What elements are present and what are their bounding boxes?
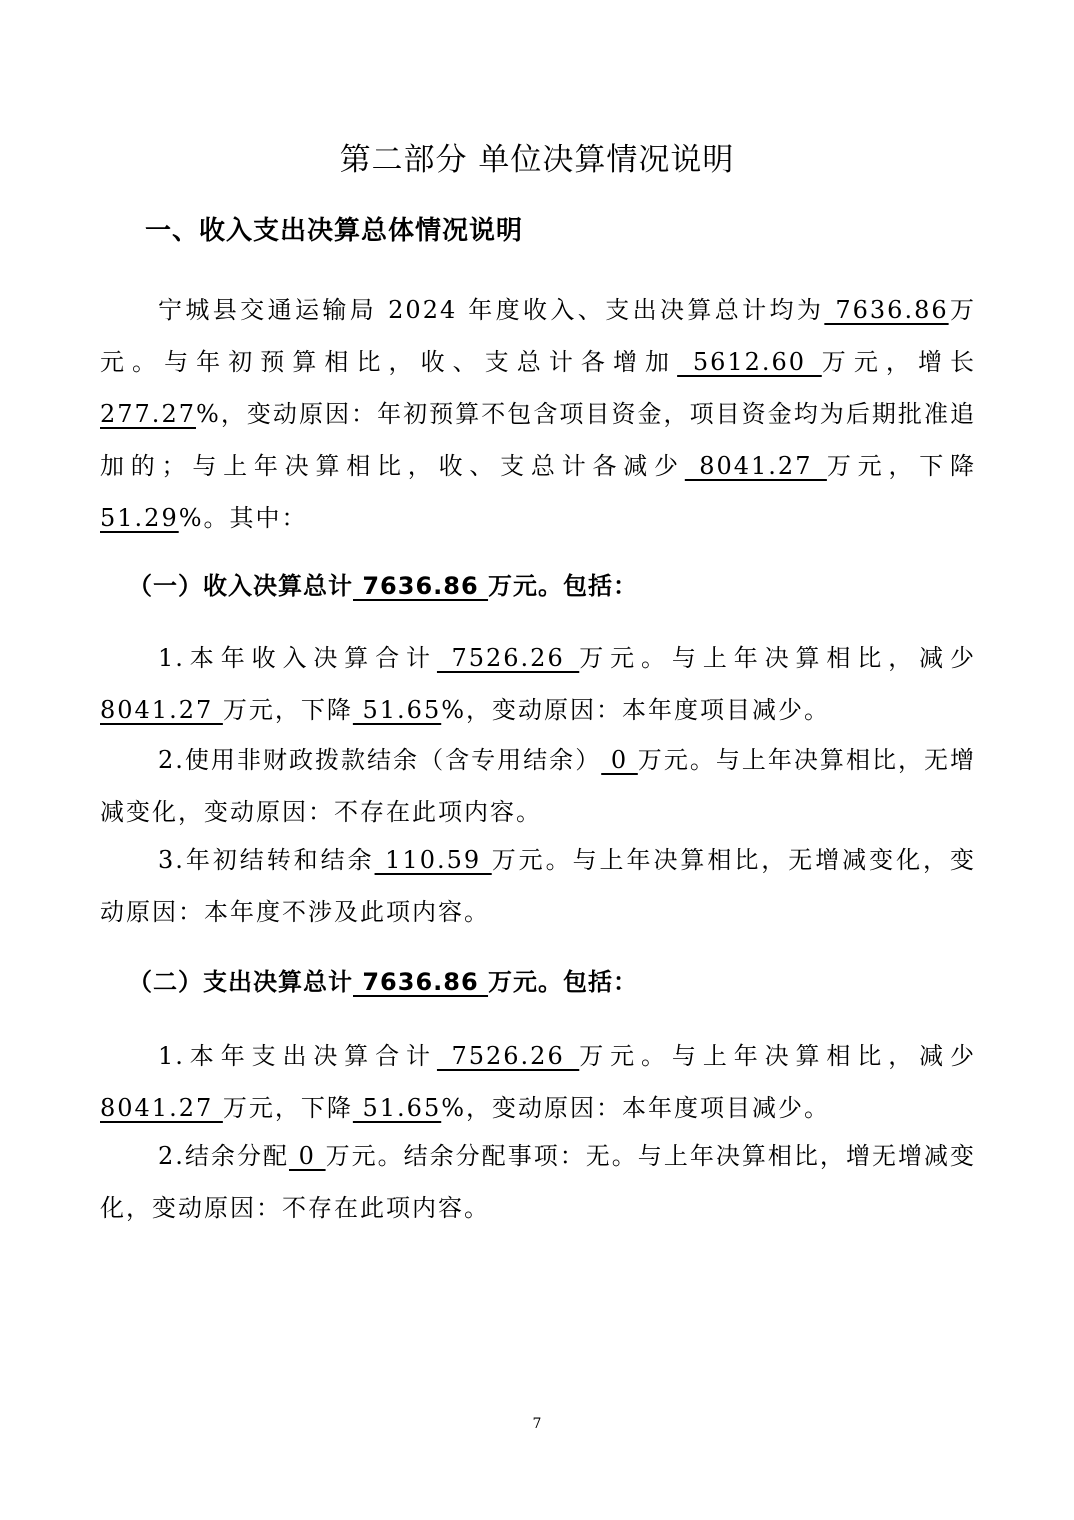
text: （二）支出决算总计 xyxy=(128,968,353,996)
text: 1.本年支出决算合计 xyxy=(158,1042,437,1070)
value: 8041.27 xyxy=(100,696,223,724)
income-item-3: 3.年初结转和结余 110.59 万元。与上年决算相比，无增减变化，变动原因：本… xyxy=(100,834,976,938)
expense-item-1: 1.本年支出决算合计 7526.26 万元。与上年决算相比，减少8041.27 … xyxy=(100,1030,976,1134)
value: 7526.26 xyxy=(437,1042,579,1070)
document-page: 第二部分 单位决算情况说明 一、收入支出决算总体情况说明 宁城县交通运输局 20… xyxy=(0,0,1074,1520)
expense-total: 7636.86 xyxy=(353,968,488,996)
text: %。其中： xyxy=(179,504,308,532)
text: 万元，下降 xyxy=(223,1094,353,1122)
increase-value: 5612.60 xyxy=(677,348,822,376)
value: 51.65 xyxy=(353,696,441,724)
page-title: 第二部分 单位决算情况说明 xyxy=(0,138,1074,182)
expense-heading: （二）支出决算总计 7636.86 万元。包括： xyxy=(128,960,638,1004)
value: 51.65 xyxy=(353,1094,441,1122)
page-number: 7 xyxy=(0,1416,1074,1432)
total-value: 7636.86 xyxy=(824,296,948,324)
text: 万元，下降 xyxy=(223,696,353,724)
value: 110.59 xyxy=(375,846,492,874)
expense-item-2: 2.结余分配 0 万元。结余分配事项：无。与上年决算相比，增无增减变化，变动原因… xyxy=(100,1130,976,1234)
text: %，变动原因：本年度项目减少。 xyxy=(441,1094,830,1122)
text: 万元，增长 xyxy=(822,348,976,376)
text: （一）收入决算总计 xyxy=(128,572,353,600)
text: 万元。与上年决算相比，减少 xyxy=(579,1042,976,1070)
income-total: 7636.86 xyxy=(353,572,488,600)
decrease-pct: 51.29 xyxy=(100,504,179,532)
text: 1.本年收入决算合计 xyxy=(158,644,437,672)
increase-pct: 277.27 xyxy=(100,400,196,428)
income-item-1: 1.本年收入决算合计 7526.26 万元。与上年决算相比，减少8041.27 … xyxy=(100,632,976,736)
text: 3.年初结转和结余 xyxy=(158,846,375,874)
income-heading: （一）收入决算总计 7636.86 万元。包括： xyxy=(128,564,638,608)
text: 万元。包括： xyxy=(488,968,638,996)
text: 万元。与上年决算相比，减少 xyxy=(579,644,976,672)
text: 2.使用非财政拨款结余（含专用结余） xyxy=(158,746,601,774)
text: %，变动原因：本年度项目减少。 xyxy=(441,696,830,724)
text: 万元，下降 xyxy=(827,452,976,480)
value: 0 xyxy=(289,1142,326,1170)
decrease-value: 8041.27 xyxy=(685,452,827,480)
value: 8041.27 xyxy=(100,1094,223,1122)
text: 2.结余分配 xyxy=(158,1142,289,1170)
text: 万元。包括： xyxy=(488,572,638,600)
value: 0 xyxy=(601,746,638,774)
section-heading-overview: 一、收入支出决算总体情况说明 xyxy=(145,209,523,253)
income-item-2: 2.使用非财政拨款结余（含专用结余） 0 万元。与上年决算相比，无增减变化，变动… xyxy=(100,734,976,838)
value: 7526.26 xyxy=(437,644,579,672)
overview-paragraph: 宁城县交通运输局 2024 年度收入、支出决算总计均为 7636.86万元。与年… xyxy=(100,284,976,544)
text: 宁城县交通运输局 2024 年度收入、支出决算总计均为 xyxy=(158,296,824,324)
